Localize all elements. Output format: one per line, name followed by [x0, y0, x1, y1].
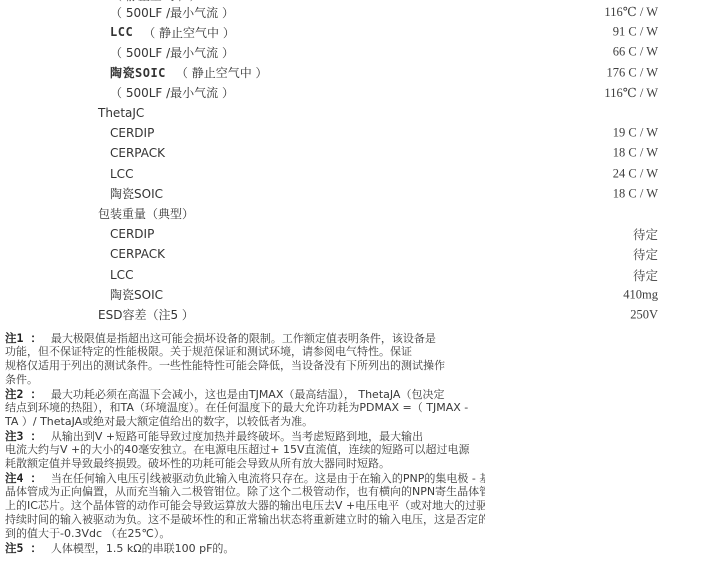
spec-row: CERDIP 19 C / W: [0, 123, 720, 143]
spec-label: CERPACK: [110, 146, 165, 160]
spec-value: 176 C / W: [606, 65, 658, 80]
note-text: 从输出到V +短路可能导致过度加热并最终破坏。当考虑短路到地，最大输出: [51, 430, 423, 443]
note-line: 条件。: [5, 373, 485, 387]
note-line: 结点到环境的热阻），和TA（环境温度）。在任何温度下的最大允许功耗为PDMAX …: [5, 401, 485, 415]
spec-label: （ 静止空气中 ）: [176, 64, 268, 81]
note-text: 最大功耗必须在高温下会减小，这也是由TJMAX（最高结温）， ThetaJA（包…: [51, 388, 445, 401]
note-line: TA ）/ ThetaJA或绝对最大额定值给出的数字，以较低者为准。: [5, 415, 485, 429]
note-line: 持续时间的输入被驱动为负。这不是破坏性的和正常输出状态将重新建立时的输入电压，这…: [5, 513, 485, 527]
note-text: 人体模型，1.5 kΩ的串联100 pF的。: [51, 542, 235, 555]
note-text: 最大极限值是指超出这可能会损坏设备的限制。工作额定值表明条件，该设备是: [51, 332, 436, 345]
spec-value: 18 C / W: [613, 146, 658, 161]
note-5-label: 注5 ：: [5, 541, 42, 555]
thermal-spec-table: （ 500LF /最小气流 ） 116℃ / W LCC （ 静止空气中 ） 9…: [0, 2, 720, 325]
spec-value: 91 C / W: [613, 25, 658, 40]
note-4: 注4 ：当在任何输入电压引线被驱动负此输入电流将只存在。这是由于在输入的PNP的…: [5, 471, 485, 541]
note-line: 注5 ：人体模型，1.5 kΩ的串联100 pF的。: [5, 541, 485, 555]
spec-value: 19 C / W: [613, 126, 658, 141]
spec-value: 待定: [633, 225, 658, 243]
spec-label: 包装重量（典型）: [98, 205, 194, 222]
spec-label: LCC: [110, 167, 133, 181]
spec-value: 250V: [630, 307, 658, 322]
note-line: 耗散额定值并导致最终损毁。破坏性的功耗可能会导致从所有放大器同时短路。: [5, 457, 485, 471]
footnotes-section: 注1 ：最大极限值是指超出这可能会损坏设备的限制。工作额定值表明条件，该设备是 …: [5, 331, 485, 555]
spec-section-header: 包装重量（典型）: [0, 204, 720, 224]
note-5: 注5 ：人体模型，1.5 kΩ的串联100 pF的。: [5, 541, 485, 555]
spec-row: 陶瓷SOIC （ 静止空气中 ） 176 C / W: [0, 63, 720, 83]
spec-row: LCC 待定: [0, 264, 720, 284]
spec-label: LCC: [110, 268, 133, 282]
note-3: 注3 ：从输出到V +短路可能导致过度加热并最终破坏。当考虑短路到地，最大输出 …: [5, 429, 485, 471]
note-line: 到的值大于-0.3Vdc （在25℃）。: [5, 527, 485, 541]
note-1-label: 注1 ：: [5, 331, 42, 345]
note-line: 规格仅适用于列出的测试条件。一些性能特性可能会降低，当设备没有下所列出的测试操作: [5, 359, 485, 373]
note-line: 注2 ：最大功耗必须在高温下会减小，这也是由TJMAX（最高结温）， Theta…: [5, 387, 485, 401]
spec-label: 陶瓷SOIC: [110, 185, 163, 202]
spec-package-name: LCC: [110, 25, 133, 39]
spec-row: ESD容差（注5 ） 250V: [0, 305, 720, 325]
note-2: 注2 ：最大功耗必须在高温下会减小，这也是由TJMAX（最高结温）， Theta…: [5, 387, 485, 429]
note-line: 功能，但不保证特定的性能极限。关于规范保证和测试环境，请参阅电气特性。保证: [5, 345, 485, 359]
note-1: 注1 ：最大极限值是指超出这可能会损坏设备的限制。工作额定值表明条件，该设备是 …: [5, 331, 485, 387]
spec-section-header: ThetaJC: [0, 103, 720, 123]
note-line: 注3 ：从输出到V +短路可能导致过度加热并最终破坏。当考虑短路到地，最大输出: [5, 429, 485, 443]
spec-label: （ 静止空气中 ）: [143, 24, 235, 41]
spec-label: CERPACK: [110, 247, 165, 261]
spec-row: CERPACK 18 C / W: [0, 143, 720, 163]
note-3-label: 注3 ：: [5, 429, 42, 443]
spec-label: ESD容差（注5 ）: [98, 306, 194, 323]
spec-label: 陶瓷SOIC: [110, 286, 163, 303]
spec-row: （ 500LF /最小气流 ） 116℃ / W: [0, 2, 720, 22]
spec-value: 待定: [633, 245, 658, 263]
spec-value: 18 C / W: [613, 186, 658, 201]
spec-package-name: 陶瓷SOIC: [110, 64, 166, 81]
note-line: 晶体管成为正向偏置，从而充当输入二极管钳位。除了这个二极管动作，也有横向的NPN…: [5, 485, 485, 499]
spec-row: 陶瓷SOIC 410mg: [0, 285, 720, 305]
spec-row: 陶瓷SOIC 18 C / W: [0, 184, 720, 204]
spec-value: 116℃ / W: [604, 85, 658, 101]
spec-label: （ 500LF /最小气流 ）: [110, 4, 234, 21]
spec-value: 待定: [633, 266, 658, 284]
spec-row: LCC 24 C / W: [0, 164, 720, 184]
note-line: 注4 ：当在任何输入电压引线被驱动负此输入电流将只存在。这是由于在输入的PNP的…: [5, 471, 485, 485]
note-text: 当在任何输入电压引线被驱动负此输入电流将只存在。这是由于在输入的PNP的集电极 …: [51, 472, 485, 485]
spec-value: 66 C / W: [613, 45, 658, 60]
spec-value: 24 C / W: [613, 166, 658, 181]
spec-value: 116℃ / W: [604, 4, 658, 20]
note-2-label: 注2 ：: [5, 387, 42, 401]
spec-label: CERDIP: [110, 227, 154, 241]
spec-label: （ 500LF /最小气流 ）: [110, 44, 234, 61]
spec-row: LCC （ 静止空气中 ） 91 C / W: [0, 22, 720, 42]
spec-label: ThetaJC: [98, 106, 144, 120]
spec-row: （ 500LF /最小气流 ） 116℃ / W: [0, 83, 720, 103]
spec-row: CERDIP 待定: [0, 224, 720, 244]
spec-label: （ 500LF /最小气流 ）: [110, 84, 234, 101]
spec-value: 410mg: [623, 287, 658, 302]
spec-label: CERDIP: [110, 126, 154, 140]
note-line: 电流大约与V +的大小的40毫安独立。在电源电压超过+ 15V直流值，连续的短路…: [5, 443, 485, 457]
note-4-label: 注4 ：: [5, 471, 42, 485]
datasheet-page: （ 静止空气中 ） （ 500LF /最小气流 ） 116℃ / W LCC （…: [0, 0, 720, 563]
note-line: 注1 ：最大极限值是指超出这可能会损坏设备的限制。工作额定值表明条件，该设备是: [5, 331, 485, 345]
spec-row: （ 500LF /最小气流 ） 66 C / W: [0, 42, 720, 62]
note-line: 上的IC芯片。这个晶体管的动作可能会导致运算放大器的输出电压去V +电压电平（或…: [5, 499, 485, 513]
spec-row: CERPACK 待定: [0, 244, 720, 264]
